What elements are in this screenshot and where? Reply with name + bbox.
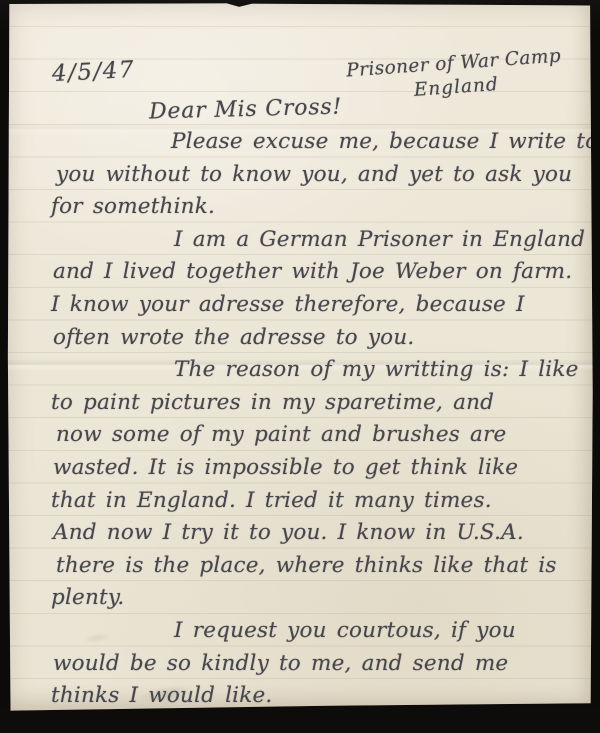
letter-line: And now I try it to you. I know in U.S.A…: [53, 517, 581, 550]
scan-background: 4/5/47 Prisoner of War Camp England Dear…: [0, 0, 600, 733]
letter-line: that in England. I tried it many times.: [51, 485, 581, 518]
letter-line: I request you courtous, if you: [56, 615, 581, 648]
letter-line: The reason of my writting is: I like: [56, 354, 581, 387]
return-address: Prisoner of War Camp England: [346, 46, 564, 106]
letter-line: now some of my paint and brushes are: [56, 419, 581, 452]
letter-body: Please excuse me, because I write toyou …: [53, 126, 581, 711]
letter-line: would be so kindly to me, and send me: [53, 648, 581, 681]
letter-line: there is the place, where thinks like th…: [56, 550, 581, 583]
letter-line: Please excuse me, because I write to: [53, 126, 581, 159]
letter-paper: 4/5/47 Prisoner of War Camp England Dear…: [7, 3, 593, 711]
letter-line: wasted. It is impossible to get think li…: [53, 452, 581, 485]
letter-line: often wrote the adresse to you.: [53, 322, 581, 355]
letter-line: and I lived together with Joe Weber on f…: [53, 256, 581, 289]
letter-line: for somethink.: [51, 191, 581, 224]
letter-line: you without to know you, and yet to ask …: [56, 159, 581, 192]
letter-line: I know your adresse therefore, because I: [51, 289, 581, 322]
letter-line: I am a German Prisoner in England: [56, 224, 581, 257]
letter-line: to paint pictures in my sparetime, and: [51, 387, 581, 420]
salutation: Dear Mis Cross!: [149, 94, 343, 124]
letter-line: plenty.: [51, 582, 581, 615]
letter-line: thinks I would like.: [51, 680, 581, 711]
letter-date: 4/5/47: [51, 57, 135, 87]
